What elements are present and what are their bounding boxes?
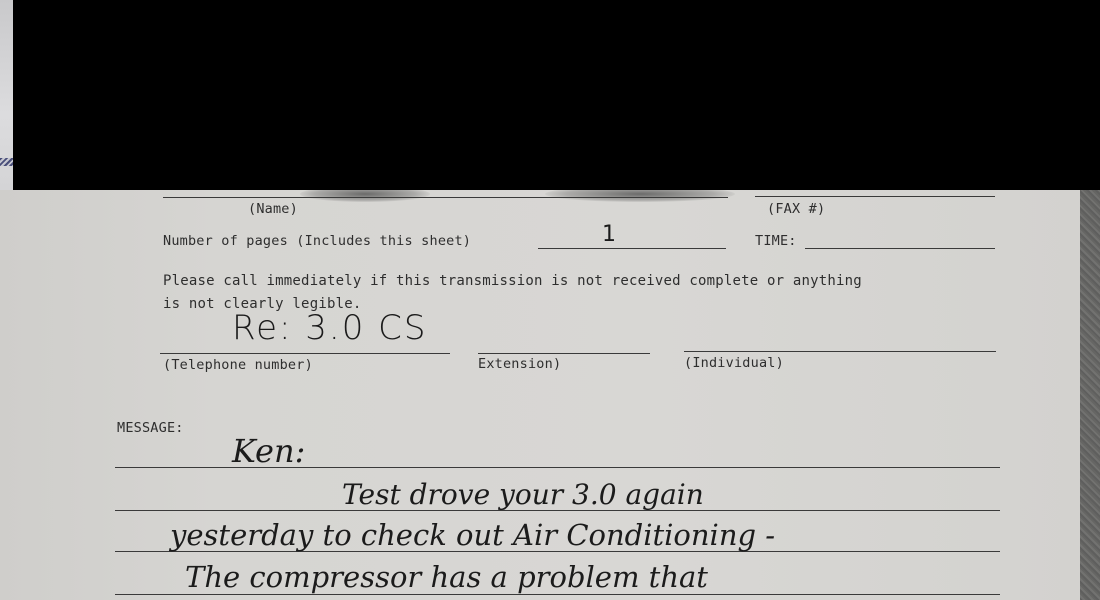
telephone-line — [160, 353, 450, 354]
telephone-label: (Telephone number) — [163, 357, 313, 373]
time-line — [805, 248, 995, 249]
background-fabric — [0, 158, 14, 166]
individual-label: (Individual) — [684, 355, 784, 371]
message-text-2: Test drove your 3.0 again — [342, 478, 704, 511]
extension-line — [478, 353, 650, 354]
message-label: MESSAGE: — [117, 420, 184, 436]
message-text-1: Ken: — [232, 432, 305, 470]
pages-line — [538, 248, 726, 249]
individual-line — [684, 351, 996, 352]
message-text-4: The compressor has a problem that — [185, 560, 708, 594]
telephone-value: Re: 3.0 CS — [232, 308, 427, 348]
time-label: TIME: — [755, 233, 797, 249]
pages-label: Number of pages (Includes this sheet) — [163, 233, 471, 249]
fax-label: (FAX #) — [767, 201, 825, 217]
message-line-4 — [115, 594, 1000, 595]
pages-value: 1 — [602, 222, 616, 247]
name-label: (Name) — [248, 201, 298, 217]
fax-cover-sheet-photo: (Name) (FAX #) Number of pages (Includes… — [0, 0, 1100, 600]
redaction-block — [13, 0, 1100, 190]
extension-label: Extension) — [478, 356, 561, 372]
message-text-3: yesterday to check out Air Conditioning … — [170, 518, 775, 552]
name-line — [163, 197, 728, 198]
notice-line-1: Please call immediately if this transmis… — [163, 273, 862, 289]
fax-line — [755, 196, 995, 197]
